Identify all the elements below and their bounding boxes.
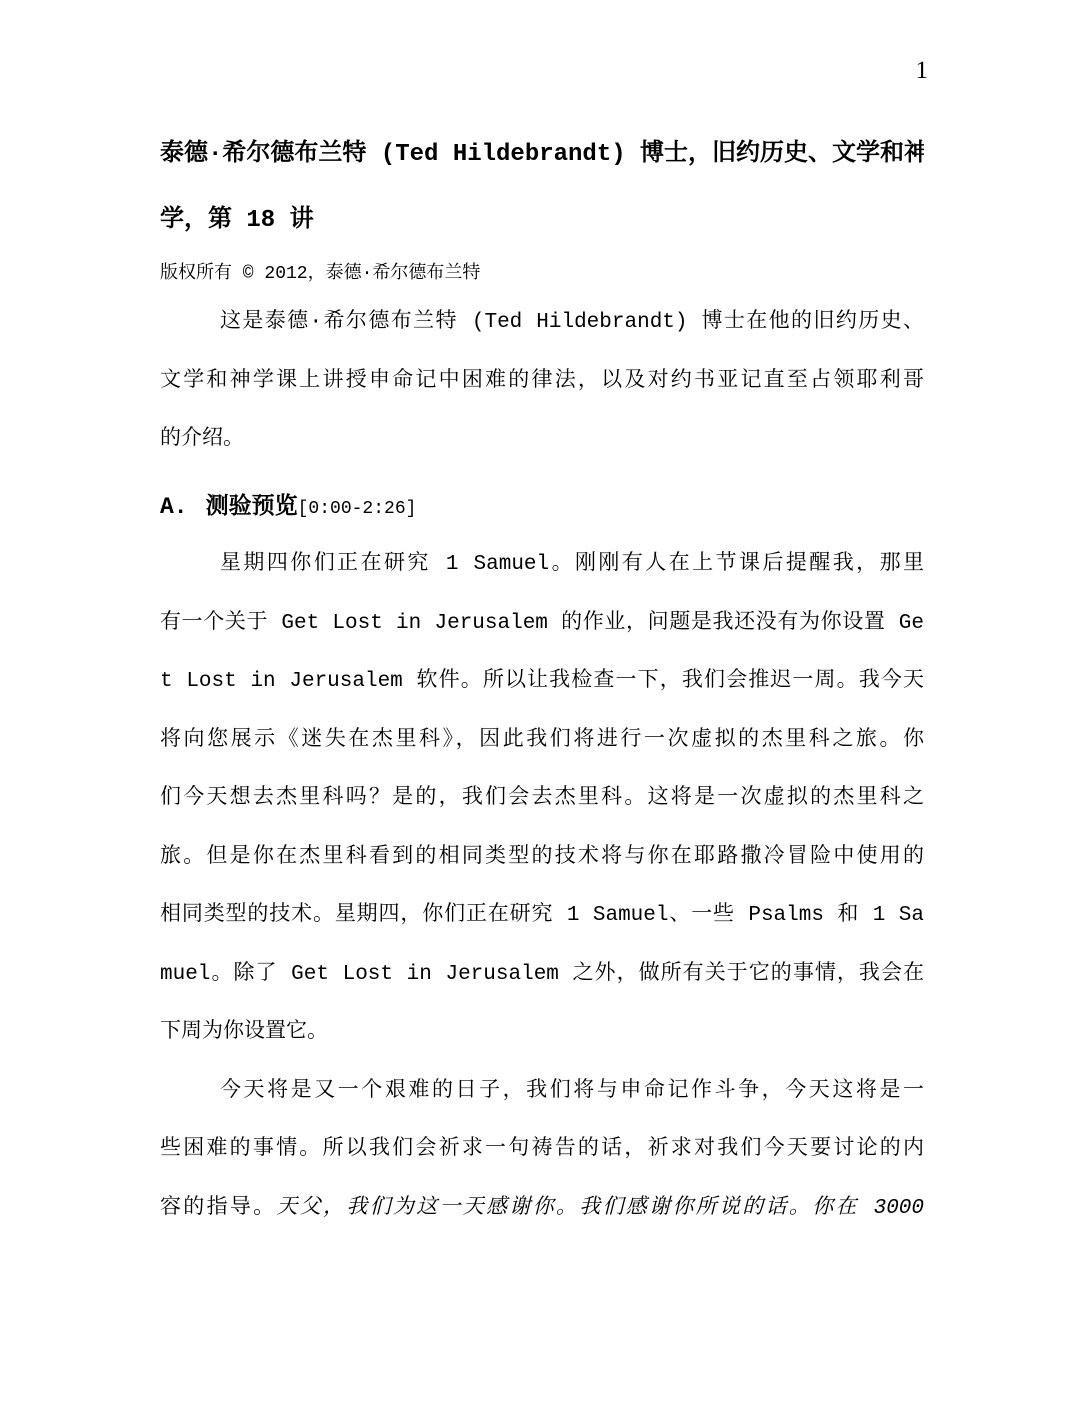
text-segment-italic-prayer: 天父，我们为这一天感谢你。我们感谢你所说的话。你在 3000 bbox=[276, 1197, 924, 1220]
text-line: t Lost in Jerusalem 软件。所以让我检查一下，我们会推迟一周。… bbox=[160, 653, 924, 712]
text-line: 今天将是又一个艰难的日子，我们将与申命记作斗争，今天这将是一 bbox=[160, 1063, 924, 1122]
section-a-title: 测验预览 bbox=[206, 494, 298, 520]
page-number: 1 bbox=[916, 56, 929, 86]
text-line: 有一个关于 Get Lost in Jerusalem 的作业，问题是我还没有为… bbox=[160, 595, 924, 654]
text-line: 旅。但是你在杰里科看到的相同类型的技术将与你在耶路撒冷冒险中使用的 bbox=[160, 829, 924, 888]
document-content: 泰德·希尔德布兰特 (Ted Hildebrandt) 博士，旧约历史、文学和神… bbox=[160, 122, 924, 1238]
text-line: 们今天想去杰里科吗？是的，我们会去杰里科。这将是一次虚拟的杰里科之 bbox=[160, 770, 924, 829]
text-line: 的介绍。 bbox=[160, 411, 924, 470]
text-line: 容的指导。天父，我们为这一天感谢你。我们感谢你所说的话。你在 3000 bbox=[160, 1180, 924, 1239]
text-line: 些困难的事情。所以我们会祈求一句祷告的话，祈求对我们今天要讨论的内 bbox=[160, 1121, 924, 1180]
section-a-timestamp: [0:00-2:26] bbox=[298, 499, 417, 519]
text-line: 下周为你设置它。 bbox=[160, 1004, 924, 1063]
text-line: muel。除了 Get Lost in Jerusalem 之外，做所有关于它的… bbox=[160, 946, 924, 1005]
text-line: 这是泰德·希尔德布兰特 (Ted Hildebrandt) 博士在他的旧约历史、 bbox=[160, 294, 924, 353]
title-line-2: 学，第 18 讲 bbox=[160, 188, 924, 254]
quiz-paragraph: 星期四你们正在研究 1 Samuel。刚刚有人在上节课后提醒我，那里 有一个关于… bbox=[160, 536, 924, 1063]
section-a-label: A. bbox=[160, 478, 188, 537]
text-line: 将向您展示《迷失在杰里科》，因此我们将进行一次虚拟的杰里科之旅。你 bbox=[160, 712, 924, 771]
text-line: 星期四你们正在研究 1 Samuel。刚刚有人在上节课后提醒我，那里 bbox=[160, 536, 924, 595]
prayer-paragraph: 今天将是又一个艰难的日子，我们将与申命记作斗争，今天这将是一 些困难的事情。所以… bbox=[160, 1063, 924, 1239]
text-segment-normal: 容的指导。 bbox=[160, 1197, 276, 1220]
document-title: 泰德·希尔德布兰特 (Ted Hildebrandt) 博士，旧约历史、文学和神… bbox=[160, 122, 924, 254]
title-line-1: 泰德·希尔德布兰特 (Ted Hildebrandt) 博士，旧约历史、文学和神 bbox=[160, 122, 924, 188]
copyright-line: 版权所有 © 2012，泰德·希尔德布兰特 bbox=[160, 254, 924, 294]
text-line: 文学和神学课上讲授申命记中困难的律法，以及对约书亚记直至占领耶利哥 bbox=[160, 353, 924, 412]
document-page: 1 泰德·希尔德布兰特 (Ted Hildebrandt) 博士，旧约历史、文学… bbox=[0, 0, 1088, 1408]
section-a-heading: A.测验预览[0:00-2:26] bbox=[160, 478, 924, 537]
intro-paragraph: 这是泰德·希尔德布兰特 (Ted Hildebrandt) 博士在他的旧约历史、… bbox=[160, 294, 924, 470]
text-line: 相同类型的技术。星期四，你们正在研究 1 Samuel、一些 Psalms 和 … bbox=[160, 887, 924, 946]
